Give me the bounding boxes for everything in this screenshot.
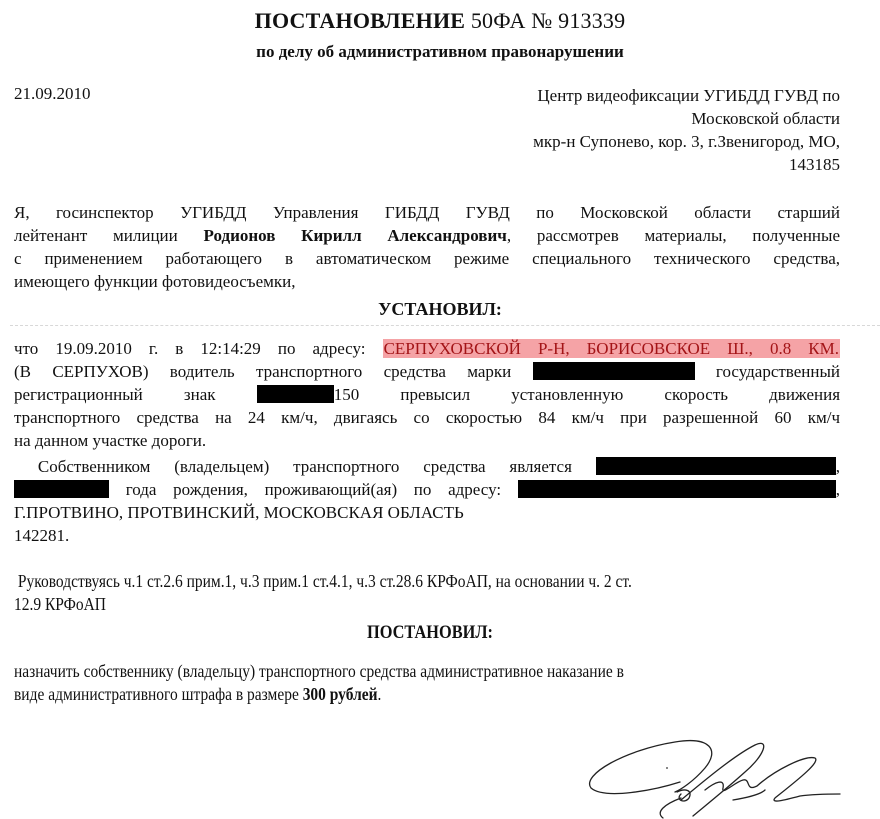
text-line: Я, госинспектор УГИБДД Управления ГИБДД … [14, 201, 840, 224]
redacted-birth-year [14, 480, 109, 498]
redacted-plate-number [257, 385, 334, 403]
text-fragment: года рождения, проживающий(ая) по адресу… [126, 480, 501, 499]
text-fragment: . [378, 684, 382, 704]
text-fragment: Руководствуясь ч.1 ст.2.6 прим.1, ч.3 пр… [18, 571, 632, 591]
issuer-line: мкр-н Супонево, кор. 3, г.Звенигород, МО… [400, 130, 840, 153]
text-line: назначить собственнику (владельцу) транс… [14, 660, 840, 683]
inspector-name: Родионов Кирилл Александрович [204, 226, 507, 245]
text-fragment: что 19.09.2010 г. в 12:14:29 по адресу: [14, 339, 383, 358]
divider [10, 325, 880, 327]
text-fragment: превысил установленную скорость движения [400, 385, 840, 404]
text-line: имеющего функции фотовидеосъемки, [14, 270, 840, 293]
section-heading-established: УСТАНОВИЛ: [0, 299, 880, 320]
text-line: Собственником (владельцем) транспортного… [14, 455, 840, 478]
text-line: регистрационный знак 150 превысил устано… [14, 383, 840, 406]
section-heading-decided: ПОСТАНОВИЛ: [0, 622, 880, 644]
text-fragment: (В СЕРПУХОВ) водитель транспортного сред… [14, 362, 511, 381]
text-line: на данном участке дороги. [14, 429, 840, 452]
text-line: что 19.09.2010 г. в 12:14:29 по адресу: … [14, 337, 840, 360]
legal-basis-paragraph: Руководствуясь ч.1 ст.2.6 прим.1, ч.3 пр… [14, 570, 880, 616]
text-line: 12.9 КРФоАП [14, 593, 840, 616]
document-subtitle: по делу об административном правонарушен… [0, 42, 880, 62]
title-bold: ПОСТАНОВЛЕНИЕ [255, 8, 465, 33]
text-fragment: лейтенант милиции [14, 226, 204, 245]
text-line: виде административного штрафа в размере … [14, 683, 840, 706]
text-line: транспортного средства на 24 км/ч, двига… [14, 406, 840, 429]
text-fragment: Собственником (владельцем) транспортного… [38, 457, 572, 476]
owner-paragraph: Собственником (владельцем) транспортного… [14, 455, 840, 547]
fine-amount: 300 рублей [303, 684, 378, 704]
decision-text: назначить собственнику (владельцу) транс… [14, 660, 840, 706]
owner-postal-code: 142281. [14, 524, 840, 547]
plate-region: 150 [334, 385, 360, 404]
text-line: лейтенант милиции Родионов Кирилл Алекса… [14, 224, 840, 247]
text-line: (В СЕРПУХОВ) водитель транспортного сред… [14, 360, 840, 383]
redacted-owner-address [518, 480, 836, 498]
issuer-line: 143185 [400, 153, 840, 176]
document-number: 50ФА № 913339 [471, 8, 625, 33]
redacted-owner-name [596, 457, 836, 475]
intro-paragraph: Я, госинспектор УГИБДД Управления ГИБДД … [14, 201, 840, 293]
document-date: 21.09.2010 [14, 84, 91, 104]
issuer-line: Центр видеофиксации УГИБДД ГУВД по [400, 84, 840, 107]
issuer-block: Центр видеофиксации УГИБДД ГУВД по Моско… [400, 84, 840, 176]
signature-image [585, 720, 875, 819]
text-fragment: виде административного штрафа в размере [14, 684, 303, 704]
document-title: ПОСТАНОВЛЕНИЕ 50ФА № 913339 [0, 8, 880, 34]
established-paragraph: что 19.09.2010 г. в 12:14:29 по адресу: … [14, 337, 840, 452]
text-line: года рождения, проживающий(ая) по адресу… [14, 478, 840, 501]
legal-basis-text: Руководствуясь ч.1 ст.2.6 прим.1, ч.3 пр… [14, 570, 840, 616]
redacted-vehicle-make [533, 362, 695, 380]
highlighted-location: СЕРПУХОВСКОЙ Р-Н, БОРИСОВСКОЕ Ш., 0.8 КМ… [383, 339, 840, 358]
text-line: с применением работающего в автоматическ… [14, 247, 840, 270]
text-fragment: регистрационный знак [14, 385, 216, 404]
decision-paragraph: назначить собственнику (владельцу) транс… [14, 660, 880, 706]
text-fragment: государственный [716, 362, 840, 381]
text-line: Руководствуясь ч.1 ст.2.6 прим.1, ч.3 пр… [14, 570, 840, 593]
issuer-line: Московской области [400, 107, 840, 130]
text-fragment: , рассмотрев материалы, полученные [507, 226, 840, 245]
owner-city: Г.ПРОТВИНО, ПРОТВИНСКИЙ, МОСКОВСКАЯ ОБЛА… [14, 501, 840, 524]
heading-text: ПОСТАНОВИЛ: [367, 622, 493, 644]
